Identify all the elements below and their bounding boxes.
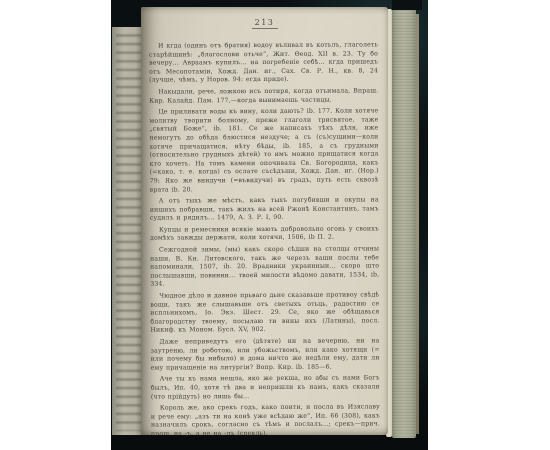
paragraph: Купцы и ремесники всякіе мають доброволь… [150,225,379,243]
paragraph: Накыдали, рече, ложкою исъ потиря, когда… [149,87,378,105]
paragraph: Сежгодной зимы, (мы) какъ скоро сѣдши на… [150,245,379,289]
paragraph: Даже неприведутъ его (дѣтяте) ни на вече… [151,337,380,373]
white-backdrop: 213 И кгда (одинъ отъ братия) водоу въли… [0,0,550,450]
page-body-text: И кгда (одинъ отъ братия) водоу въливал … [149,41,380,435]
paragraph: Це приливати воды къ вину, коли дають? i… [149,108,378,195]
page-content: 213 И кгда (одинъ отъ братия) водоу въли… [141,7,388,435]
fore-edge-top-notch [392,0,422,10]
fore-edge-inner-strip [416,14,419,434]
paragraph: А отъ тыхъ же мѣстъ, какъ тыхъ погубивши… [150,196,379,223]
book-page: 213 И кгда (одинъ отъ братия) водоу въли… [141,7,388,435]
book-photograph: 213 И кгда (одинъ отъ братия) водоу въли… [111,0,428,450]
paragraph: Король же, ако срекъ годъ, како поити, и… [151,404,380,435]
paragraph: И кгда (одинъ отъ братия) водоу въливал … [149,41,378,85]
fore-edge-page-stack [392,10,416,438]
blurred-text-smudge [116,31,143,431]
page-number: 213 [252,18,278,29]
paragraph: Аче ты къ нама нешла, яко же рекша, но а… [151,375,380,402]
paragraph: Чюдное дѣло и давное прьваго дьне сказав… [150,291,379,335]
